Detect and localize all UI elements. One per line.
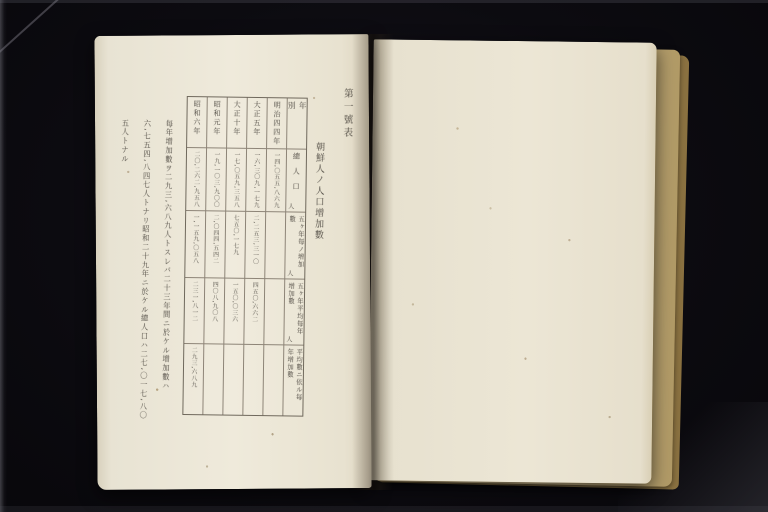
blank-right-page xyxy=(368,39,656,483)
tray-corner-bevel xyxy=(0,0,65,58)
row-header-increase-5yr: 五ヶ年每ノ增加數 xyxy=(285,212,305,269)
table-number-heading: 第一號表 xyxy=(339,88,354,140)
left-page: 第一號表 朝鮮人ノ人口增加數 昭和六年 二〇,二六二,九五八 一,一五九,〇五八… xyxy=(94,34,371,490)
tray-edge-bottom xyxy=(0,506,768,512)
avg-annual-5yr-value: 四五〇,六六二 xyxy=(249,279,259,344)
unit-persons: 人 xyxy=(288,201,294,210)
increase-5yr-value: 二,二五三,三一〇 xyxy=(250,212,260,278)
increase-5yr-value: 二,〇四四,五四二 xyxy=(210,211,220,277)
note-line-2: 六,七五四,八四七人トナリ昭和二十九年ニ於ケル總人口ハ二七,〇一七,八〇 xyxy=(132,119,158,429)
year-label: 昭和元年 xyxy=(212,97,223,147)
avg-annual-overall-value xyxy=(253,345,254,415)
avg-annual-overall-value: 二九三,六八九 xyxy=(188,344,198,414)
unit-persons: 人 xyxy=(286,334,292,343)
increase-5yr-value xyxy=(275,212,276,278)
photo-of-open-book: 第一號表 朝鮮人ノ人口增加數 昭和六年 二〇,二六二,九五八 一,一五九,〇五八… xyxy=(0,0,768,512)
corner-label: 年別 xyxy=(287,98,307,148)
year-label: 明治四四年 xyxy=(272,98,283,148)
total-population-value: 一四,〇五五,八六九 xyxy=(271,149,281,211)
avg-annual-overall-value xyxy=(213,344,214,414)
tray-edge-top xyxy=(0,0,768,3)
population-table: 昭和六年 二〇,二六二,九五八 一,一五九,〇五八 二三一,八一二 二九三,六八… xyxy=(182,96,307,417)
total-population-value: 一七,〇五九,三五八 xyxy=(231,149,241,211)
total-population-value: 一九,一〇三,九〇〇 xyxy=(211,148,221,210)
year-label: 大正五年 xyxy=(252,98,263,148)
unit-persons: 人 xyxy=(287,268,293,277)
row-header-avg-annual-overall: 平均數ニ依ル每年增加數 xyxy=(283,345,303,406)
avg-annual-5yr-value: 一五〇,〇三六 xyxy=(229,279,239,344)
increase-5yr-value: 一,一五九,〇五八 xyxy=(190,211,200,277)
total-population-value: 一六,三〇九,一七九 xyxy=(251,149,261,211)
avg-annual-overall-value xyxy=(273,345,274,415)
column-row-headers: 年別 總人口 人 五ヶ年每ノ增加數 人 五ヶ年平均每年增加數 人 平均數ニ依ル xyxy=(283,98,306,415)
projection-note: 每年增加數ヲ二九三,六八九人トスレバ二十三年間ニ於ケル增加數ハ 六,七五四,八四… xyxy=(110,119,180,430)
avg-annual-overall-value xyxy=(233,345,234,415)
total-population-value: 二〇,二六二,九五八 xyxy=(191,148,201,210)
row-header-avg-annual-5yr: 五ヶ年平均每年增加數 xyxy=(284,279,304,335)
page-title: 朝鮮人ノ人口增加數 xyxy=(312,142,326,241)
tray-edge-left xyxy=(0,0,7,512)
avg-annual-5yr-value: 四〇八,九〇八 xyxy=(209,278,219,343)
increase-5yr-value: 七五〇,一七九 xyxy=(230,212,240,278)
note-line-1: 每年增加數ヲ二九三,六八九人トスレバ二十三年間ニ於ケル增加數ハ xyxy=(154,120,180,430)
year-label: 大正十年 xyxy=(232,98,243,148)
year-label: 昭和六年 xyxy=(192,97,203,147)
avg-annual-5yr-value xyxy=(274,279,275,344)
avg-annual-5yr-value: 二三一,八一二 xyxy=(189,278,199,343)
printed-content: 第一號表 朝鮮人ノ人口增加數 昭和六年 二〇,二六二,九五八 一,一五九,〇五八… xyxy=(89,31,369,489)
